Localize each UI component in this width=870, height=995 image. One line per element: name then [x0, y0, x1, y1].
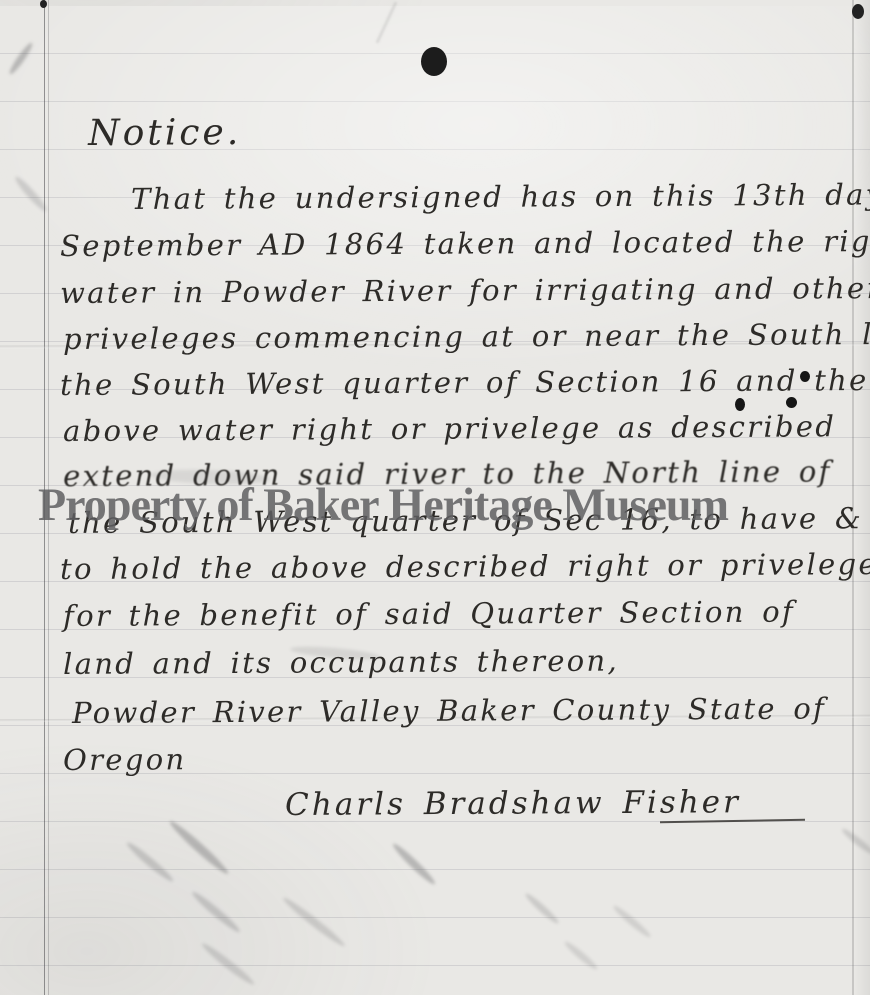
- watermark: Property of Baker Heritage Museum: [38, 478, 728, 532]
- body-line-2: September AD 1864 taken and located the …: [60, 224, 870, 263]
- body-line-4: priveleges commencing at or near the Sou…: [63, 316, 870, 356]
- body-line-9: to hold the above described right or pri…: [60, 547, 870, 586]
- ink-smudge: [390, 841, 437, 887]
- ink-blot-3: [786, 397, 797, 408]
- ink-smudge: [124, 840, 175, 885]
- edge-ink-mark-top-right: [852, 4, 864, 19]
- ink-smudge: [190, 889, 243, 935]
- notice-heading: Notice.: [88, 112, 241, 154]
- ink-smudge: [523, 891, 560, 926]
- edge-ink-mark-top-left: [40, 0, 47, 8]
- body-line-5: the South West quarter of Section 16 and…: [60, 363, 869, 402]
- body-line-12: Powder River Valley Baker County State o…: [72, 691, 826, 730]
- body-line-10: for the benefit of said Quarter Section …: [63, 595, 795, 633]
- top-crease: [376, 1, 398, 43]
- ink-smudge: [7, 41, 35, 76]
- ink-smudge: [200, 941, 257, 988]
- ink-smudge: [167, 818, 231, 877]
- signature: Charls Bradshaw Fisher: [285, 784, 741, 823]
- scanned-document-page: Notice. That the undersigned has on this…: [0, 0, 870, 995]
- body-line-6: above water right or privelege as descri…: [63, 409, 836, 448]
- ink-smudge: [281, 895, 347, 949]
- ink-smudge: [611, 903, 652, 939]
- hole-punch-dot: [421, 47, 447, 76]
- body-line-1: That the undersigned has on this 13th da…: [131, 177, 870, 216]
- body-line-13: Oregon: [63, 742, 187, 777]
- ink-smudge: [563, 939, 600, 971]
- body-line-3: water in Powder River for irrigating and…: [60, 271, 870, 310]
